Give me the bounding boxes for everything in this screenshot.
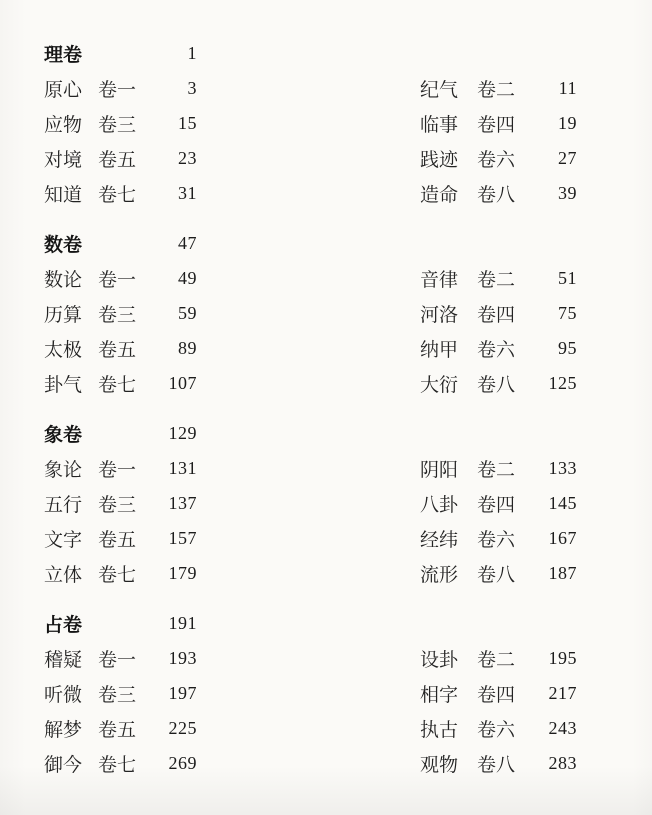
entry-title: 应物: [44, 110, 98, 137]
entry-title: 执古: [420, 715, 477, 742]
toc-entry-right: 临事 卷四 19: [420, 110, 577, 137]
entry-volume: 卷八: [477, 560, 515, 587]
entry-page-number: 51: [558, 268, 577, 289]
entry-page-number: 75: [558, 303, 577, 324]
toc-row: 知道 卷七 31 造命 卷八 39: [0, 176, 652, 211]
entry-title: 相字: [420, 680, 477, 707]
entry-page-number: 15: [178, 113, 197, 134]
scanned-book-page: 理卷 1 原心 卷一 3 纪气 卷二 11 应物 卷三 15 临事 卷四 19: [0, 0, 652, 815]
entry-page-number: 217: [549, 683, 578, 704]
toc-entry-left: 对境 卷五 23: [44, 145, 197, 172]
toc-entry-right: 音律 卷二 51: [420, 265, 577, 292]
toc-entry-left: 历算 卷三 59: [44, 300, 197, 327]
entry-page-number: 283: [549, 753, 578, 774]
entry-page-number: 167: [549, 528, 578, 549]
entry-title: 八卦: [420, 490, 477, 517]
entry-volume: 卷二: [477, 455, 515, 482]
table-of-contents: 理卷 1 原心 卷一 3 纪气 卷二 11 应物 卷三 15 临事 卷四 19: [0, 0, 652, 781]
entry-volume: 卷三: [98, 490, 136, 517]
section-page-number: 191: [169, 613, 198, 634]
entry-page-number: 19: [558, 113, 577, 134]
entry-page-number: 131: [169, 458, 198, 479]
toc-section: 理卷 1 原心 卷一 3 纪气 卷二 11 应物 卷三 15 临事 卷四 19: [0, 36, 652, 211]
entry-volume: 卷六: [477, 145, 515, 172]
entry-page-number: 49: [178, 268, 197, 289]
section-header: 理卷 1: [44, 40, 197, 67]
toc-row: 文字 卷五 157 经纬 卷六 167: [0, 521, 652, 556]
entry-volume: 卷八: [477, 370, 515, 397]
entry-page-number: 23: [178, 148, 197, 169]
entry-volume: 卷四: [477, 300, 515, 327]
entry-title: 文字: [44, 525, 98, 552]
entry-volume: 卷四: [477, 110, 515, 137]
section-page-number: 1: [188, 43, 198, 64]
entry-title: 设卦: [420, 645, 477, 672]
entry-title: 纳甲: [420, 335, 477, 362]
toc-entry-right: 八卦 卷四 145: [420, 490, 577, 517]
toc-entry-left: 太极 卷五 89: [44, 335, 197, 362]
entry-page-number: 243: [549, 718, 578, 739]
entry-volume: 卷五: [98, 145, 136, 172]
entry-title: 经纬: [420, 525, 477, 552]
toc-entry-right: 经纬 卷六 167: [420, 525, 577, 552]
entry-page-number: 95: [558, 338, 577, 359]
entry-volume: 卷二: [477, 265, 515, 292]
toc-row: 应物 卷三 15 临事 卷四 19: [0, 106, 652, 141]
entry-title: 观物: [420, 750, 477, 777]
toc-entry-left: 听微 卷三 197: [44, 680, 197, 707]
toc-entry-left: 数论 卷一 49: [44, 265, 197, 292]
section-page-number: 47: [178, 233, 197, 254]
toc-entry-left: 解梦 卷五 225: [44, 715, 197, 742]
entry-page-number: 179: [169, 563, 198, 584]
entry-title: 五行: [44, 490, 98, 517]
toc-entry-left: 稽疑 卷一 193: [44, 645, 197, 672]
section-title: 占卷: [44, 610, 82, 637]
entry-page-number: 11: [559, 78, 577, 99]
section-header: 象卷 129: [44, 420, 197, 447]
entry-page-number: 89: [178, 338, 197, 359]
section-page-number: 129: [169, 423, 198, 444]
toc-section: 占卷 191 稽疑 卷一 193 设卦 卷二 195 听微 卷三 197 相字 …: [0, 606, 652, 781]
entry-title: 听微: [44, 680, 98, 707]
entry-title: 知道: [44, 180, 98, 207]
toc-entry-right: 纳甲 卷六 95: [420, 335, 577, 362]
entry-title: 立体: [44, 560, 98, 587]
toc-entry-left: 知道 卷七 31: [44, 180, 197, 207]
entry-page-number: 225: [169, 718, 198, 739]
entry-volume: 卷三: [98, 680, 136, 707]
toc-row: 稽疑 卷一 193 设卦 卷二 195: [0, 641, 652, 676]
entry-title: 阴阳: [420, 455, 477, 482]
entry-volume: 卷五: [98, 715, 136, 742]
toc-entry-right: 流形 卷八 187: [420, 560, 577, 587]
entry-title: 大衍: [420, 370, 477, 397]
toc-entry-right: 造命 卷八 39: [420, 180, 577, 207]
entry-volume: 卷五: [98, 335, 136, 362]
toc-entry-right: 纪气 卷二 11: [420, 75, 577, 102]
toc-entry-right: 阴阳 卷二 133: [420, 455, 577, 482]
entry-page-number: 31: [178, 183, 197, 204]
entry-page-number: 157: [169, 528, 198, 549]
toc-row: 听微 卷三 197 相字 卷四 217: [0, 676, 652, 711]
toc-entry-right: 设卦 卷二 195: [420, 645, 577, 672]
entry-page-number: 269: [169, 753, 198, 774]
toc-entry-right: 执古 卷六 243: [420, 715, 577, 742]
entry-title: 纪气: [420, 75, 477, 102]
entry-page-number: 187: [549, 563, 578, 584]
entry-volume: 卷六: [477, 715, 515, 742]
entry-volume: 卷七: [98, 560, 136, 587]
toc-entry-right: 观物 卷八 283: [420, 750, 577, 777]
entry-volume: 卷一: [98, 455, 136, 482]
toc-row: 历算 卷三 59 河洛 卷四 75: [0, 296, 652, 331]
entry-volume: 卷四: [477, 680, 515, 707]
entry-volume: 卷六: [477, 525, 515, 552]
toc-entry-left: 象论 卷一 131: [44, 455, 197, 482]
entry-page-number: 137: [169, 493, 198, 514]
entry-title: 对境: [44, 145, 98, 172]
toc-row: 卦气 卷七 107 大衍 卷八 125: [0, 366, 652, 401]
entry-volume: 卷四: [477, 490, 515, 517]
toc-entry-left: 五行 卷三 137: [44, 490, 197, 517]
toc-entry-right: 河洛 卷四 75: [420, 300, 577, 327]
entry-page-number: 197: [169, 683, 198, 704]
toc-entry-right: 相字 卷四 217: [420, 680, 577, 707]
entry-title: 河洛: [420, 300, 477, 327]
entry-title: 历算: [44, 300, 98, 327]
entry-volume: 卷一: [98, 75, 136, 102]
entry-page-number: 27: [558, 148, 577, 169]
toc-entry-left: 文字 卷五 157: [44, 525, 197, 552]
entry-title: 造命: [420, 180, 477, 207]
section-title: 象卷: [44, 420, 82, 447]
toc-row: 立体 卷七 179 流形 卷八 187: [0, 556, 652, 591]
entry-title: 临事: [420, 110, 477, 137]
toc-entry-left: 原心 卷一 3: [44, 75, 197, 102]
entry-page-number: 3: [188, 78, 198, 99]
entry-page-number: 39: [558, 183, 577, 204]
entry-volume: 卷二: [477, 645, 515, 672]
entry-volume: 卷八: [477, 180, 515, 207]
entry-volume: 卷五: [98, 525, 136, 552]
toc-entry-left: 卦气 卷七 107: [44, 370, 197, 397]
toc-entry-right: 践迹 卷六 27: [420, 145, 577, 172]
toc-row: 解梦 卷五 225 执古 卷六 243: [0, 711, 652, 746]
section-header-row: 数卷 47: [0, 226, 652, 261]
toc-row: 对境 卷五 23 践迹 卷六 27: [0, 141, 652, 176]
toc-entry-left: 立体 卷七 179: [44, 560, 197, 587]
toc-row: 太极 卷五 89 纳甲 卷六 95: [0, 331, 652, 366]
entry-title: 象论: [44, 455, 98, 482]
entry-volume: 卷一: [98, 265, 136, 292]
section-header: 数卷 47: [44, 230, 197, 257]
entry-title: 践迹: [420, 145, 477, 172]
section-header-row: 理卷 1: [0, 36, 652, 71]
section-title: 数卷: [44, 230, 82, 257]
toc-row: 原心 卷一 3 纪气 卷二 11: [0, 71, 652, 106]
entry-page-number: 125: [549, 373, 578, 394]
entry-volume: 卷七: [98, 370, 136, 397]
entry-title: 流形: [420, 560, 477, 587]
entry-title: 太极: [44, 335, 98, 362]
entry-volume: 卷三: [98, 300, 136, 327]
entry-title: 稽疑: [44, 645, 98, 672]
toc-section: 数卷 47 数论 卷一 49 音律 卷二 51 历算 卷三 59 河洛 卷四 7…: [0, 226, 652, 401]
entry-volume: 卷二: [477, 75, 515, 102]
toc-row: 象论 卷一 131 阴阳 卷二 133: [0, 451, 652, 486]
toc-row: 御今 卷七 269 观物 卷八 283: [0, 746, 652, 781]
toc-entry-right: 大衍 卷八 125: [420, 370, 577, 397]
entry-title: 御今: [44, 750, 98, 777]
toc-entry-left: 应物 卷三 15: [44, 110, 197, 137]
entry-page-number: 107: [169, 373, 198, 394]
entry-page-number: 59: [178, 303, 197, 324]
entry-volume: 卷六: [477, 335, 515, 362]
toc-entry-left: 御今 卷七 269: [44, 750, 197, 777]
section-header-row: 象卷 129: [0, 416, 652, 451]
entry-page-number: 195: [549, 648, 578, 669]
entry-page-number: 133: [549, 458, 578, 479]
entry-volume: 卷七: [98, 180, 136, 207]
entry-page-number: 145: [549, 493, 578, 514]
entry-page-number: 193: [169, 648, 198, 669]
entry-title: 数论: [44, 265, 98, 292]
entry-volume: 卷八: [477, 750, 515, 777]
entry-volume: 卷三: [98, 110, 136, 137]
toc-row: 五行 卷三 137 八卦 卷四 145: [0, 486, 652, 521]
section-header-row: 占卷 191: [0, 606, 652, 641]
entry-title: 原心: [44, 75, 98, 102]
section-title: 理卷: [44, 40, 82, 67]
toc-row: 数论 卷一 49 音律 卷二 51: [0, 261, 652, 296]
toc-section: 象卷 129 象论 卷一 131 阴阳 卷二 133 五行 卷三 137 八卦 …: [0, 416, 652, 591]
section-header: 占卷 191: [44, 610, 197, 637]
entry-title: 音律: [420, 265, 477, 292]
entry-volume: 卷一: [98, 645, 136, 672]
entry-volume: 卷七: [98, 750, 136, 777]
entry-title: 解梦: [44, 715, 98, 742]
entry-title: 卦气: [44, 370, 98, 397]
